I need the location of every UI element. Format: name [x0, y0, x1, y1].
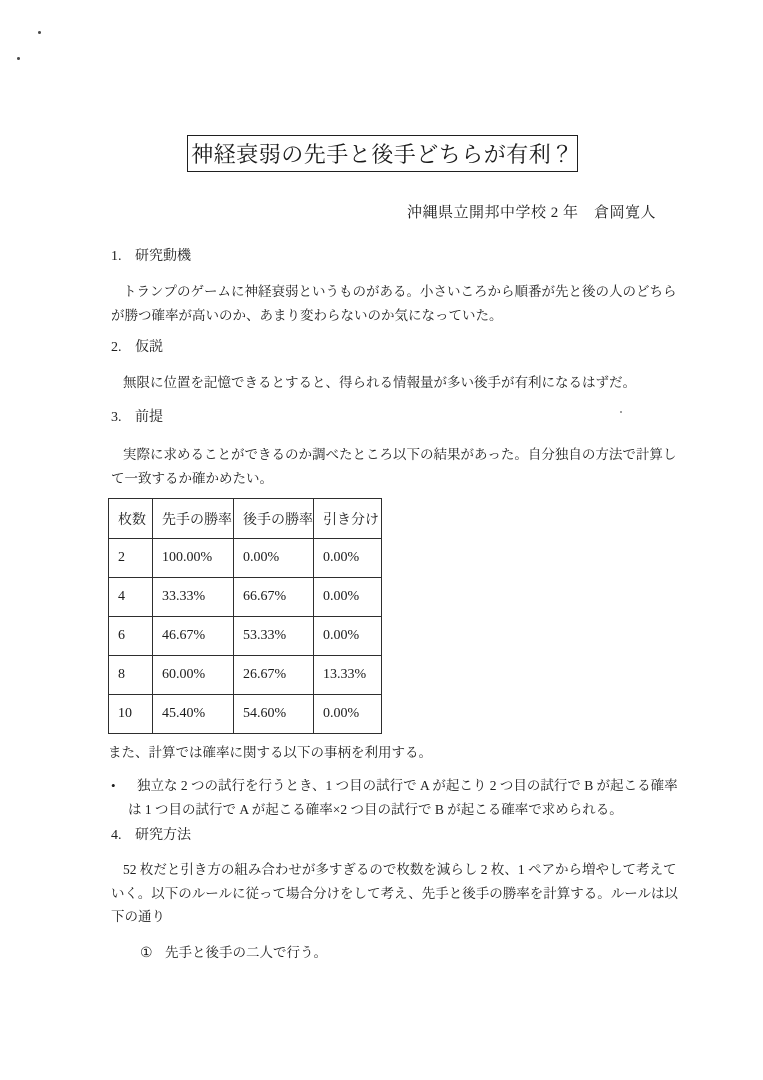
table-cell: 0.00%	[234, 539, 314, 578]
table-cell: 33.33%	[153, 578, 234, 617]
table-note: また、計算では確率に関する以下の事柄を利用する。	[108, 741, 432, 765]
section-4-number: 4.	[111, 824, 135, 847]
table-cell: 0.00%	[314, 695, 382, 734]
table-cell: 60.00%	[153, 656, 234, 695]
section-1-title: 研究動機	[135, 249, 191, 264]
paragraph-line: いく。以下のルールに従って場合分けをして考え、先手と後手の勝率を計算する。ルール…	[111, 882, 678, 906]
section-2-title: 仮説	[135, 340, 163, 355]
bullet-line: 独立な 2 つの試行を行うとき、1 つ目の試行で A が起こり 2 つ目の試行で…	[111, 774, 678, 798]
scanned-paper-page: 神経衰弱の先手と後手どちらが有利？ 沖縄県立開邦中学校 2 年 倉岡寛人 1.研…	[0, 0, 763, 1080]
section-3-paragraph: 実際に求めることができるのか調べたところ以下の結果があった。自分独自の方法で計算…	[111, 443, 676, 490]
circled-one-marker: ①	[140, 942, 165, 966]
table-cell: 66.67%	[234, 578, 314, 617]
document-title: 神経衰弱の先手と後手どちらが有利？	[191, 138, 574, 169]
scan-speckle	[38, 31, 41, 34]
section-1-number: 1.	[111, 245, 135, 268]
rule-item-1: ①先手と後手の二人で行う。	[140, 941, 327, 966]
table-header-row: 枚数 先手の勝率 後手の勝率 引き分け	[109, 499, 382, 539]
table-cell: 53.33%	[234, 617, 314, 656]
author-line: 沖縄県立開邦中学校 2 年 倉岡寛人	[407, 201, 656, 222]
section-2-heading: 2.仮説	[111, 336, 163, 359]
table-cell: 0.00%	[314, 578, 382, 617]
section-4-paragraph: 52 枚だと引き方の組み合わせが多すぎるので枚数を減らし 2 枚、1 ペアから増…	[111, 858, 678, 929]
section-3-title: 前提	[135, 410, 163, 425]
paragraph-line: トランプのゲームに神経衰弱というものがある。小さいころから順番が先と後の人のどち…	[111, 280, 677, 304]
table-cell: 100.00%	[153, 539, 234, 578]
table-cell: 6	[109, 617, 153, 656]
section-2-paragraph: 無限に位置を記憶できるとすると、得られる情報量が多い後手が有利になるはずだ。	[111, 371, 636, 395]
paragraph-line: て一致するか確かめたい。	[111, 467, 676, 491]
rule-item-1-text: 先手と後手の二人で行う。	[165, 945, 327, 960]
table-cell: 8	[109, 656, 153, 695]
title-box: 神経衰弱の先手と後手どちらが有利？	[187, 135, 578, 172]
table-cell: 26.67%	[234, 656, 314, 695]
scan-speckle	[620, 411, 622, 413]
table-cell: 10	[109, 695, 153, 734]
section-3-number: 3.	[111, 406, 135, 429]
table-cell: 4	[109, 578, 153, 617]
table-cell: 0.00%	[314, 539, 382, 578]
table-cell: 0.00%	[314, 617, 382, 656]
probability-bullet-item: • 独立な 2 つの試行を行うとき、1 つ目の試行で A が起こり 2 つ目の試…	[111, 774, 678, 821]
table-header-cell: 引き分け	[314, 499, 382, 539]
paragraph-line: 下の通り	[111, 905, 678, 929]
bullet-line: は 1 つ目の試行で A が起こる確率×2 つ目の試行で B が起こる確率で求め…	[111, 798, 678, 822]
table-row: 6 46.67% 53.33% 0.00%	[109, 617, 382, 656]
section-1-paragraph: トランプのゲームに神経衰弱というものがある。小さいころから順番が先と後の人のどち…	[111, 280, 677, 327]
table-cell: 54.60%	[234, 695, 314, 734]
section-4-heading: 4.研究方法	[111, 824, 191, 847]
win-rate-table: 枚数 先手の勝率 後手の勝率 引き分け 2 100.00% 0.00% 0.00…	[108, 498, 382, 734]
table-header-cell: 後手の勝率	[234, 499, 314, 539]
table-cell: 45.40%	[153, 695, 234, 734]
table-header-cell: 先手の勝率	[153, 499, 234, 539]
table-row: 2 100.00% 0.00% 0.00%	[109, 539, 382, 578]
table-header-cell: 枚数	[109, 499, 153, 539]
section-4-title: 研究方法	[135, 828, 191, 843]
table-cell: 2	[109, 539, 153, 578]
bullet-icon: •	[111, 774, 116, 798]
table-row: 8 60.00% 26.67% 13.33%	[109, 656, 382, 695]
scan-speckle	[17, 57, 20, 60]
table-row: 4 33.33% 66.67% 0.00%	[109, 578, 382, 617]
section-1-heading: 1.研究動機	[111, 245, 191, 268]
table-row: 10 45.40% 54.60% 0.00%	[109, 695, 382, 734]
paragraph-line: 52 枚だと引き方の組み合わせが多すぎるので枚数を減らし 2 枚、1 ペアから増…	[111, 858, 678, 882]
section-3-heading: 3.前提	[111, 406, 163, 429]
table-cell: 13.33%	[314, 656, 382, 695]
paragraph-line: 実際に求めることができるのか調べたところ以下の結果があった。自分独自の方法で計算…	[111, 443, 676, 467]
paragraph-line: が勝つ確率が高いのか、あまり変わらないのか気になっていた。	[111, 304, 677, 328]
paragraph-line: 無限に位置を記憶できるとすると、得られる情報量が多い後手が有利になるはずだ。	[111, 371, 636, 395]
section-2-number: 2.	[111, 336, 135, 359]
table-cell: 46.67%	[153, 617, 234, 656]
